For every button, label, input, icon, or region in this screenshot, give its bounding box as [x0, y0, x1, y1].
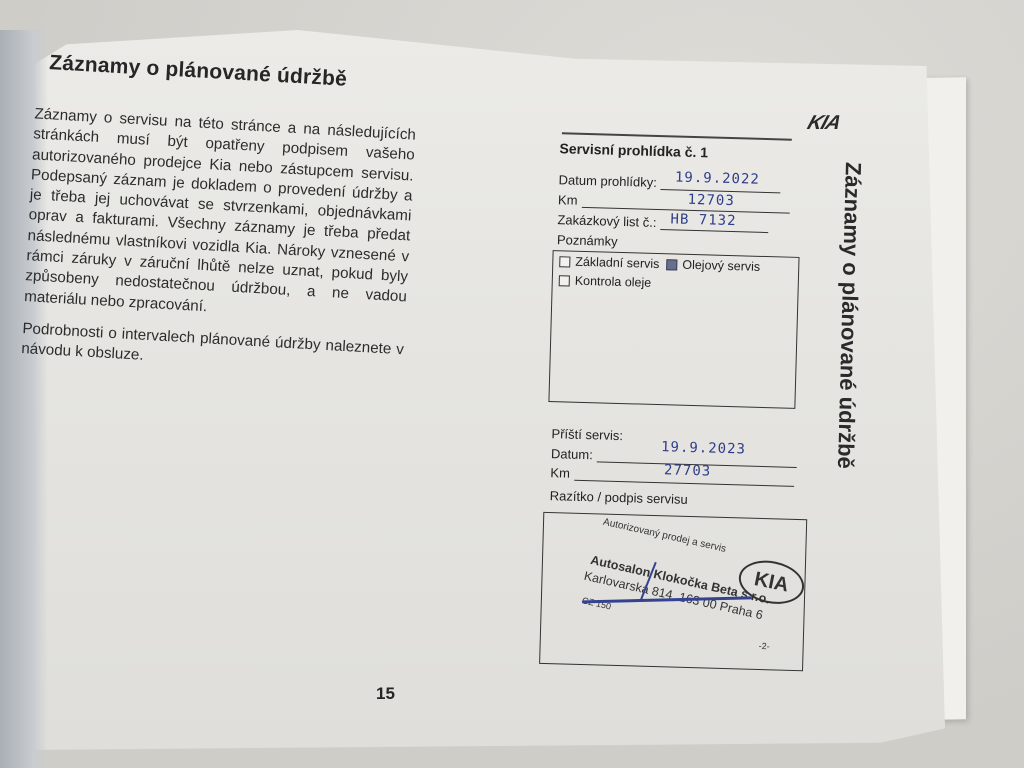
stamp-box: Autorizovaný prodej a servis Autosalon K…	[539, 512, 807, 671]
notes-label-row: Poznámky	[557, 232, 618, 249]
notes-label: Poznámky	[557, 232, 618, 249]
page-number: 15	[376, 684, 395, 704]
inspection-date-value: 19.9.2022	[675, 169, 760, 187]
stamp-line-1: Autorizovaný prodej a servis	[602, 517, 727, 555]
checkbox-icon[interactable]	[559, 275, 570, 286]
next-km-value: 27703	[664, 462, 712, 479]
order-sheet-field[interactable]: HB 7132	[660, 215, 768, 233]
next-km-label: Km	[550, 465, 570, 481]
km-value: 12703	[687, 192, 735, 209]
order-sheet-value: HB 7132	[670, 211, 736, 229]
stamp-line-5: -2-	[759, 641, 770, 651]
checkbox-basic-service[interactable]: Základní servis Olejový servis	[559, 254, 760, 274]
checkbox-label: Kontrola oleje	[575, 274, 652, 290]
order-sheet-label: Zakázkový list č.:	[557, 212, 656, 230]
notes-box[interactable]: Základní servis Olejový servis Kontrola …	[548, 250, 799, 409]
checkbox-label: Olejový servis	[682, 258, 760, 274]
details-paragraph: Podrobnosti o intervalech plánované údrž…	[21, 319, 405, 381]
next-service-row: Příští servis:	[551, 426, 623, 443]
stamp-line-4: CZ 150	[581, 595, 612, 611]
next-date-value: 19.9.2023	[661, 439, 746, 457]
intro-paragraph: Záznamy o servisu na této stránce a na n…	[24, 104, 417, 328]
checkbox-icon[interactable]	[559, 256, 570, 267]
km-label: Km	[558, 192, 578, 208]
inspection-date-label: Datum prohlídky:	[558, 172, 657, 190]
checkbox-label: Základní servis	[575, 255, 659, 271]
next-date-label: Datum:	[551, 446, 593, 462]
checkbox-checked-icon[interactable]	[666, 259, 677, 270]
next-service-label: Příští servis:	[551, 426, 623, 443]
checkbox-oil-check[interactable]: Kontrola oleje	[559, 273, 652, 290]
left-page: Záznamy o plánované údržbě Záznamy o ser…	[12, 50, 429, 393]
